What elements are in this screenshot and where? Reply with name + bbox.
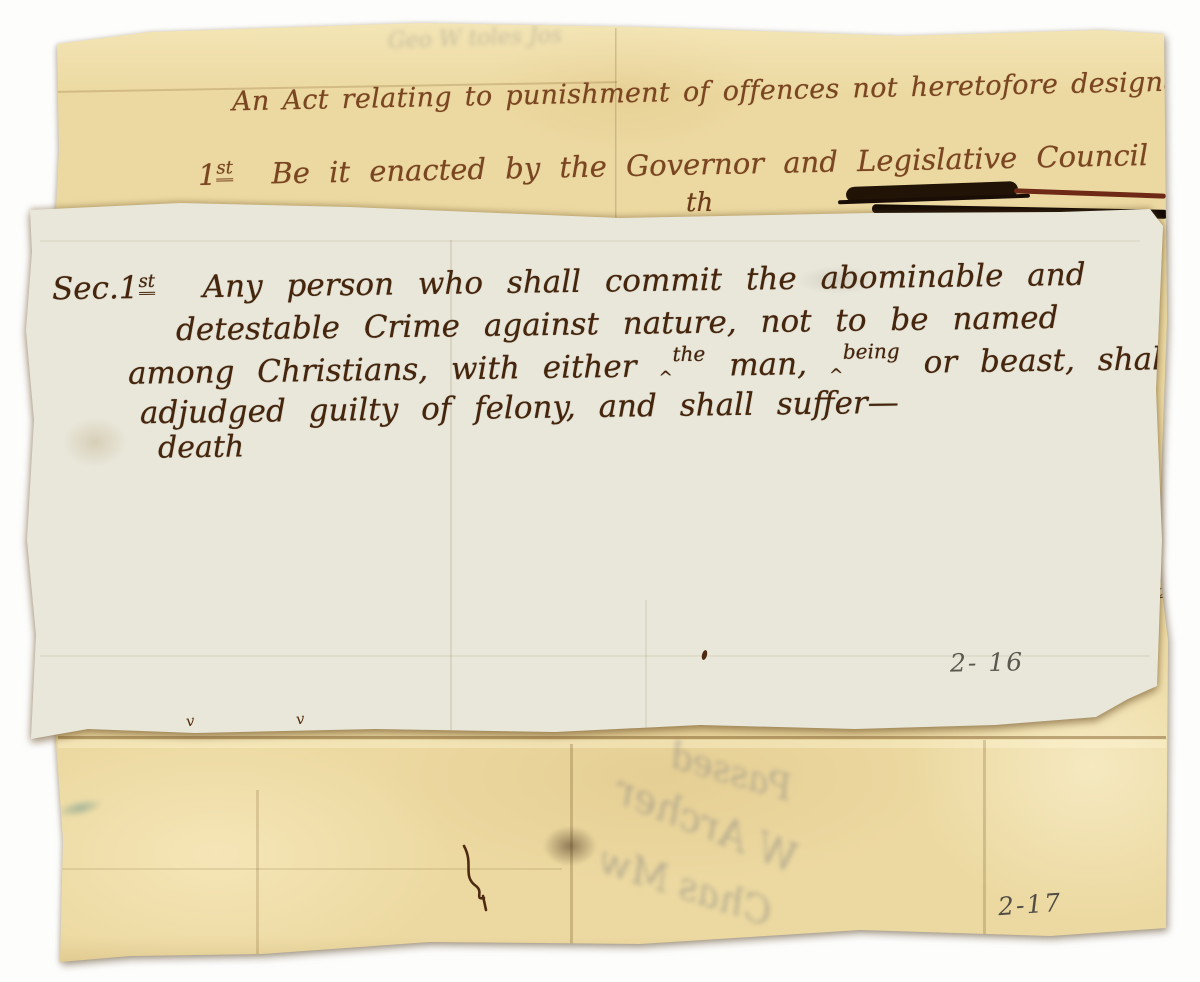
overlay-slip-wrapper: Sec.1st Any person who shall commit the … [0, 0, 1200, 982]
insertion-caret: ^ [658, 368, 673, 388]
scanned-document: Geo W toles Jos An Act relating to punis… [0, 0, 1200, 982]
line3-text-a: among Christians, with either [128, 349, 637, 392]
section-line-3: among Christians, with either ^the man, … [128, 340, 1200, 391]
section-label: Sec. [52, 270, 119, 307]
ink-hook-mark: v [185, 711, 196, 730]
fold-line [40, 240, 1140, 242]
fold-line [645, 600, 647, 732]
overlay-slip-paper: Sec.1st Any person who shall commit the … [0, 0, 1200, 982]
pencil-page-number-slip: 2- 16 [950, 647, 1025, 677]
inserted-word-the: the [672, 342, 705, 366]
section-line-5: death [158, 429, 245, 465]
insertion-caret: ^ [829, 366, 844, 386]
line3-text-b: man, [729, 346, 807, 383]
ordinal-superscript: st [138, 273, 155, 295]
section-line-4: adjudged guilty of felony, and shall suf… [140, 385, 899, 432]
ink-dot-mark [701, 650, 708, 661]
section-number: 1 [119, 270, 139, 306]
section-text: Any person who shall commit the abominab… [203, 257, 1086, 305]
inserted-word-being: being [843, 339, 900, 364]
line3-text-c: or beast, shall be [923, 340, 1200, 380]
section-line-2: detestable Crime against nature, not to … [176, 300, 1059, 348]
section-line-1: Sec.1st Any person who shall commit the … [52, 257, 1086, 307]
ink-hook-mark: v [295, 709, 306, 728]
